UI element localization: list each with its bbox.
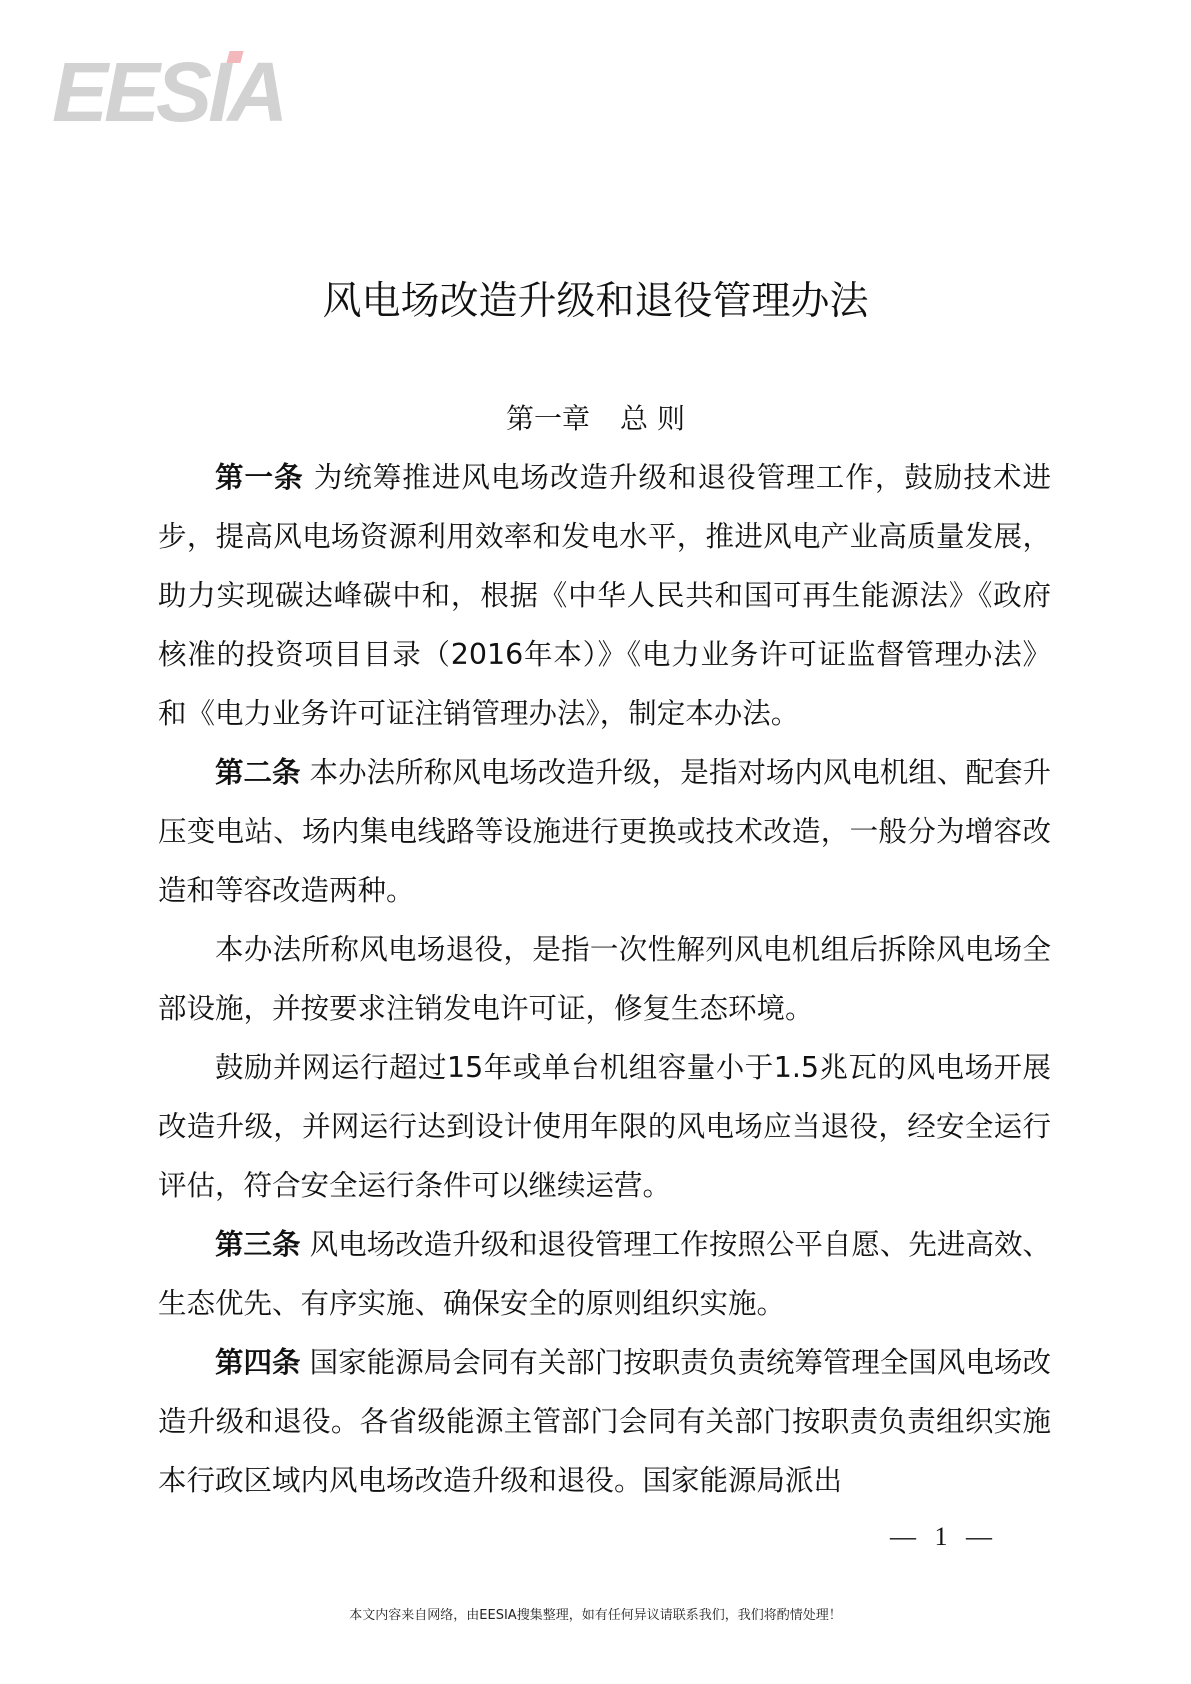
document-title: 风电场改造升级和退役管理办法 <box>0 270 1191 326</box>
paragraph: 鼓励并网运行超过15年或单台机组容量小于1.5兆瓦的风电场开展改造升级，并网运行… <box>158 1038 1051 1215</box>
chapter-name: 总 则 <box>620 402 685 435</box>
article-1: 第一条 为统筹推进风电场改造升级和退役管理工作，鼓励技术进步，提高风电场资源利用… <box>158 448 1051 743</box>
article-3: 第三条 风电场改造升级和退役管理工作按照公平自愿、先进高效、生态优先、有序实施、… <box>158 1215 1051 1333</box>
article-label: 第三条 <box>215 1228 301 1261</box>
chapter-heading: 第一章总 则 <box>0 397 1191 437</box>
chapter-number: 第一章 <box>506 402 590 435</box>
article-label: 第二条 <box>215 756 301 789</box>
article-text: 为统筹推进风电场改造升级和退役管理工作，鼓励技术进步，提高风电场资源利用效率和发… <box>158 461 1051 730</box>
article-4: 第四条 国家能源局会同有关部门按职责负责统筹管理全国风电场改造升级和退役。各省级… <box>158 1333 1051 1510</box>
paragraph-text: 本办法所称风电场退役，是指一次性解列风电机组后拆除风电场全部设施，并按要求注销发… <box>158 933 1051 1025</box>
article-label: 第一条 <box>215 461 304 494</box>
eesia-logo: EESIA <box>52 50 284 134</box>
document-body: 第一条 为统筹推进风电场改造升级和退役管理工作，鼓励技术进步，提高风电场资源利用… <box>158 448 1051 1510</box>
paragraph: 本办法所称风电场退役，是指一次性解列风电机组后拆除风电场全部设施，并按要求注销发… <box>158 920 1051 1038</box>
article-2: 第二条 本办法所称风电场改造升级，是指对场内风电机组、配套升压变电站、场内集电线… <box>158 743 1051 920</box>
paragraph-text: 鼓励并网运行超过15年或单台机组容量小于1.5兆瓦的风电场开展改造升级，并网运行… <box>158 1051 1051 1202</box>
page-number: — 1 — <box>890 1522 998 1552</box>
article-label: 第四条 <box>215 1346 301 1379</box>
footer-disclaimer: 本文内容来自网络，由EESIA搜集整理，如有任何异议请联系我们，我们将酌情处理！ <box>0 1604 1191 1623</box>
